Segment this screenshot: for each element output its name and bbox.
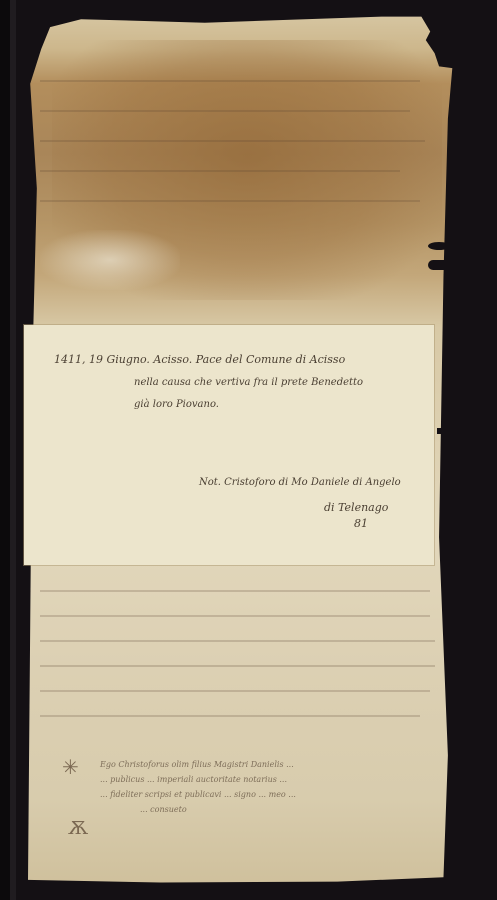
faded-text-line xyxy=(40,140,425,142)
monogram-icon: Ѫ xyxy=(68,818,88,839)
faded-text-line xyxy=(40,715,420,717)
attached-paper-note: 1411, 19 Giugno. Acisso. Pace del Comune… xyxy=(24,325,434,565)
note-line-1: 1411, 19 Giugno. Acisso. Pace del Comune… xyxy=(54,353,345,366)
faded-text-line xyxy=(40,80,420,82)
faded-text-line xyxy=(40,665,435,667)
binding-slot xyxy=(428,260,470,270)
scan-background-edge xyxy=(0,0,10,900)
faded-text-line xyxy=(40,170,400,172)
faded-text-line xyxy=(40,200,420,202)
note-line-3: già loro Piovano. xyxy=(134,399,219,410)
notary-subscription-1: Ego Christoforus olim filius Magistri Da… xyxy=(100,760,294,769)
notary-subscription-2: ... publicus ... imperiali auctoritate n… xyxy=(100,775,287,784)
binding-hole xyxy=(428,242,450,250)
note-line-2: nella causa che vertiva fra il prete Ben… xyxy=(134,377,363,388)
faded-text-line xyxy=(40,690,430,692)
notary-subscription-4: ... consueto xyxy=(140,805,187,814)
notary-subscription-3: ... fideliter scripsi et publicavi ... s… xyxy=(100,790,296,799)
faded-text-line xyxy=(40,110,410,112)
notarial-signum-icon: ✳ xyxy=(62,755,79,779)
faded-text-line xyxy=(40,640,435,642)
faded-area xyxy=(40,230,180,290)
faded-text-line xyxy=(40,590,430,592)
note-signature-1: Not. Cristoforo di Mo Daniele di Angelo xyxy=(199,477,401,488)
scan-background-edge-inner xyxy=(10,0,16,900)
note-signature-2: di Telenago xyxy=(324,501,388,514)
faded-text-line xyxy=(40,615,430,617)
binding-slot-lower xyxy=(437,428,467,434)
note-number: 81 xyxy=(354,517,368,530)
